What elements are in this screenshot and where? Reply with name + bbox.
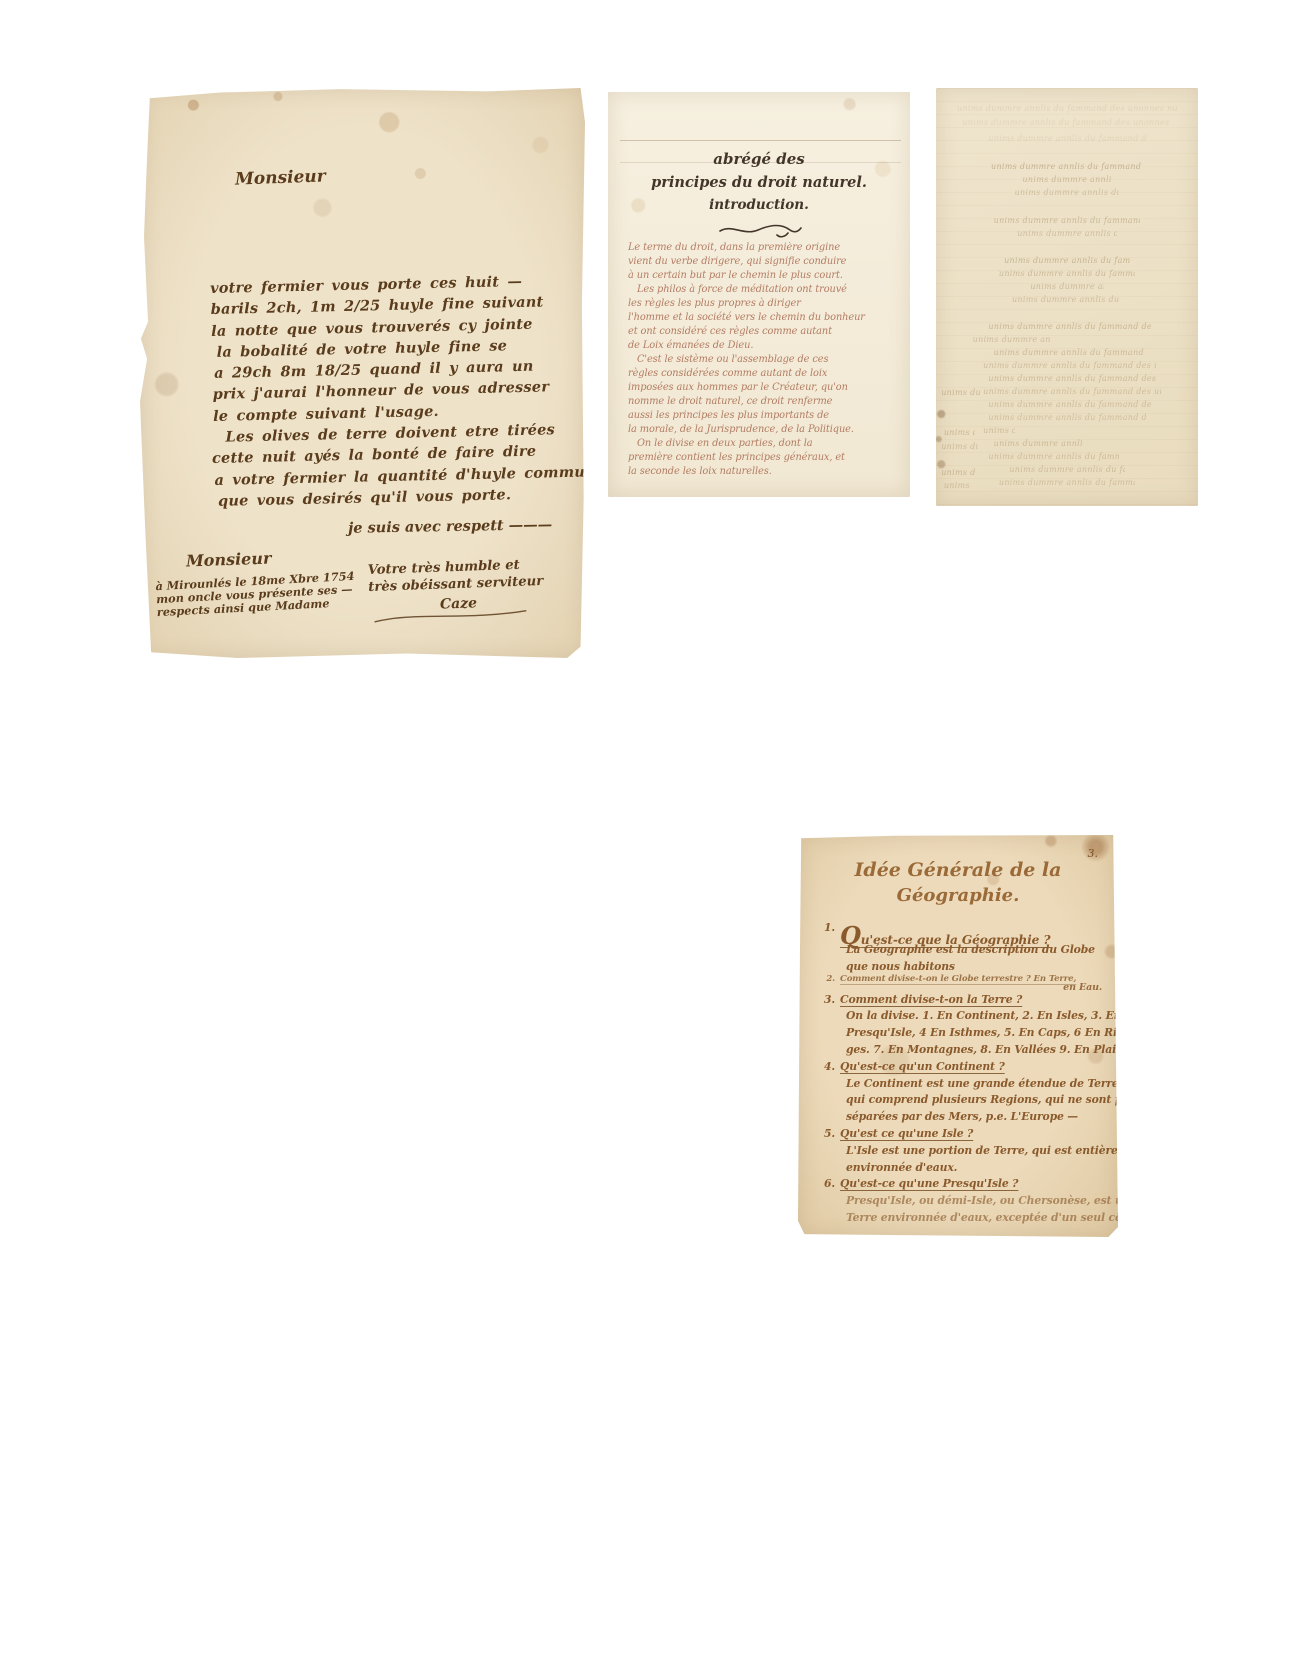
qa-text: environnée d'eaux.	[840, 1161, 957, 1174]
qa-text: Presqu'Isle, ou démi-Isle, ou Chersonèse…	[840, 1194, 1137, 1207]
qa-text: On la divise. 1. En Continent, 2. En Isl…	[840, 1009, 1121, 1022]
handwritten-line: à un certain but par le chemin le plus c…	[628, 270, 900, 284]
faded-handwritten-line: unims dummre annlis du fammand des unonn…	[983, 426, 1014, 436]
letter-salutation: Monsieur	[235, 166, 326, 189]
qa-line: ges. 7. En Montagnes, 8. En Vallées 9. E…	[840, 1043, 1106, 1060]
handwritten-line: C'est le sistème ou l'assemblage de ces	[628, 354, 900, 368]
qa-line: Presqu'Isle, 4 En Isthmes, 5. En Caps, 6…	[840, 1026, 1106, 1043]
handwritten-line: de Loix émanées de Dieu.	[628, 340, 900, 354]
handwritten-line: aussi les principes les plus importants …	[628, 410, 900, 424]
faded-handwritten-line: unims dummre annlis du fammand des unonn…	[1015, 188, 1120, 198]
faded-handwritten-line: unims dummre annlis du fammand des unonn…	[941, 442, 978, 452]
question-number: 1.	[814, 921, 835, 934]
faded-handwritten-line: unims dummre annlis du fammand des unonn…	[988, 374, 1156, 384]
faded-handwritten-line: unims dummre annlis du fammand des unonn…	[988, 322, 1150, 332]
qa-text: Presqu'Isle, 4 En Isthmes, 5. En Caps, 6…	[840, 1026, 1134, 1039]
qa-line: Terre environnée d'eaux, exceptée d'un s…	[840, 1211, 1106, 1228]
faded-handwritten-line: unims dummre annlis du fammand des unonn…	[983, 387, 1161, 397]
question-number: 4.	[814, 1060, 835, 1073]
qa-text: ges. 7. En Montagnes, 8. En Vallées 9. E…	[840, 1043, 1136, 1056]
qa-text: La Géographie est la description du Glob…	[840, 943, 1095, 956]
title-flourish	[718, 222, 804, 238]
handwritten-line: imposées aux hommes par le Créateur, qu'…	[628, 382, 900, 396]
droit-naturel-manuscript: abrégé desprincipes du droit naturel.int…	[608, 92, 910, 497]
qa-line: La Géographie est la description du Glob…	[840, 943, 1106, 960]
title-line: principes du droit naturel.	[608, 174, 910, 197]
handwritten-line: vient du verbe dirigere, qui signifie co…	[628, 256, 900, 270]
qa-text: que nous habitons	[840, 960, 955, 973]
faded-handwritten-line: unims dummre annlis du fammand des unonn…	[999, 269, 1135, 279]
faded-handwritten-line: unims dummre annlis du fammand des unonn…	[1004, 256, 1130, 266]
qa-text: Qu'est ce qu'une Isle ?	[840, 1127, 973, 1140]
faded-handwritten-line: unims dummre annlis du fammand des unonn…	[944, 428, 975, 438]
qa-line: séparées par des Mers, p.e. L'Europe —	[840, 1110, 1106, 1127]
question-number: 2.	[814, 974, 835, 984]
title-line: Géographie.	[798, 885, 1118, 909]
qa-text: en Eau.	[1063, 982, 1102, 993]
handwritten-line: la morale, de la Jurisprudence, de la Po…	[628, 424, 900, 438]
handwritten-line: la seconde les loix naturelles.	[628, 466, 900, 480]
qa-line: 1.Qu'est-ce que la Géographie ?	[840, 921, 1106, 943]
handwritten-line: première contient les principes généraux…	[628, 452, 900, 466]
faded-handwritten-line: unims dummre annlis du fammand des unonn…	[988, 400, 1150, 410]
qa-line: L'Isle est une portion de Terre, qui est…	[840, 1144, 1106, 1161]
faded-handwritten-line: unims dummre annlis du fammand des unonn…	[994, 439, 1083, 449]
faded-handwritten-line: unims dummre annlis du fammand des unonn…	[957, 104, 1177, 114]
handwritten-line: règles considérées comme autant de loix	[628, 368, 900, 382]
qa-text: Qu'est-ce qu'un Continent ?	[840, 1060, 1005, 1073]
faded-handwritten-line: unims dummre annlis du fammand des unonn…	[941, 388, 980, 398]
title-line: Idée Générale de la	[798, 859, 1118, 885]
handwritten-line: nomme le droit naturel, ce droit renferm…	[628, 396, 900, 410]
letter-footer-note: à Mirounlés le 18me Xbre 1754mon oncle v…	[155, 569, 356, 618]
faded-index-manuscript: unims dummre annlis du fammand des unonn…	[936, 88, 1198, 506]
letter-footer-salutation: Monsieur	[186, 549, 272, 571]
qa-line: 6.Qu'est-ce qu'une Presqu'Isle ?	[840, 1177, 1106, 1194]
faded-handwritten-line: unims dummre annlis du fammand des unonn…	[983, 361, 1156, 371]
handwritten-line: On le divise en deux parties, dont la	[628, 438, 900, 452]
handwritten-line: l'homme et la société vers le chemin du …	[628, 312, 900, 326]
letter-valediction: Votre très humble ettrès obéissant servi…	[367, 557, 543, 597]
geographie-title: Idée Générale de laGéographie.	[798, 859, 1118, 909]
qa-text: qui comprend plusieurs Regions, qui ne s…	[840, 1093, 1135, 1106]
letter-manuscript-1754: Monsieur votre fermier vous porte ces hu…	[140, 88, 585, 658]
qa-text: L'Isle est une portion de Terre, qui est…	[840, 1144, 1148, 1157]
faded-handwritten-line: unims dummre annlis du fammand des unonn…	[1009, 465, 1124, 475]
qa-line: On la divise. 1. En Continent, 2. En Isl…	[840, 1009, 1106, 1026]
faded-handwritten-line: unims dummre annlis du fammand des unonn…	[991, 162, 1143, 172]
qa-text: Comment divise-t-on la Terre ?	[840, 993, 1022, 1006]
letter-closing: je suis avec respett ———	[348, 516, 552, 537]
qa-line: 4.Qu'est-ce qu'un Continent ?	[840, 1060, 1106, 1077]
faded-handwritten-line: unims dummre annlis du fammand des unonn…	[994, 348, 1146, 358]
faded-handwritten-line: unims dummre annlis du fammand des unonn…	[944, 481, 970, 491]
title-line: abrégé des	[608, 150, 910, 174]
handwritten-line: Les philos à force de méditation ont tro…	[628, 284, 900, 298]
question-number: 3.	[814, 993, 835, 1006]
droit-naturel-body: Le terme du droit, dans la première orig…	[628, 242, 900, 480]
qa-text: Le Continent est une grande étendue de T…	[840, 1077, 1119, 1090]
faded-handwritten-line: unims dummre annlis du fammand des unonn…	[1022, 175, 1111, 185]
faded-handwritten-line: unims dummre annlis du fammand des unonn…	[1017, 229, 1117, 239]
question-number: 5.	[814, 1127, 835, 1140]
qa-line: 5.Qu'est ce qu'une Isle ?	[840, 1127, 1106, 1144]
geographie-questions: 1.Qu'est-ce que la Géographie ?La Géogra…	[840, 921, 1106, 1228]
faded-handwritten-line: unims dummre annlis du fammand des unonn…	[973, 335, 1052, 345]
handwritten-line: Le terme du droit, dans la première orig…	[628, 242, 900, 256]
faded-handwritten-line: unims dummre annlis du fammand des unonn…	[1012, 295, 1122, 305]
faded-handwritten-line: unims dummre annlis du fammand des unonn…	[988, 452, 1119, 462]
qa-line: en Eau.	[840, 982, 1106, 993]
qa-line: 3.Comment divise-t-on la Terre ?	[840, 993, 1106, 1010]
droit-naturel-title: abrégé desprincipes du droit naturel.int…	[608, 150, 910, 217]
qa-line: Presqu'Isle, ou démi-Isle, ou Chersonèse…	[840, 1194, 1106, 1211]
qa-text: Qu'est-ce qu'une Presqu'Isle ?	[840, 1177, 1018, 1190]
qa-line: Le Continent est une grande étendue de T…	[840, 1077, 1106, 1094]
title-line: introduction.	[608, 197, 910, 217]
letter-body: votre fermier vous porte ces huit —baril…	[210, 272, 581, 515]
signature-flourish-stroke	[370, 604, 531, 628]
qa-text: Terre environnée d'eaux, exceptée d'un s…	[840, 1211, 1137, 1224]
question-number: 6.	[814, 1177, 835, 1190]
manuscript-catalog-scan: Monsieur votre fermier vous porte ces hu…	[0, 0, 1300, 1666]
qa-line: environnée d'eaux.	[840, 1161, 1106, 1178]
faded-handwritten-line: unims dummre annlis du fammand des unonn…	[1030, 282, 1103, 292]
qa-text: séparées par des Mers, p.e. L'Europe —	[840, 1110, 1078, 1123]
letter-signature: Caze	[440, 595, 478, 612]
faded-handwritten-line: unims dummre annlis du fammand des unonn…	[999, 478, 1135, 488]
faded-handwritten-line: unims dummre annlis du fammand des unonn…	[941, 468, 975, 478]
faded-handwritten-line: unims dummre annlis du fammand des unonn…	[962, 118, 1172, 128]
handwritten-line: les règles les plus propres à diriger	[628, 298, 900, 312]
handwritten-line: et ont considéré ces règles comme autant	[628, 326, 900, 340]
faded-handwritten-line: unims dummre annlis du fammand des unonn…	[988, 134, 1145, 144]
geographie-manuscript: 3. Idée Générale de laGéographie. 1.Qu'e…	[798, 835, 1118, 1237]
faded-handwritten-line: unims dummre annlis du fammand des unonn…	[994, 216, 1141, 226]
qa-line: qui comprend plusieurs Regions, qui ne s…	[840, 1093, 1106, 1110]
faded-handwritten-line: unims dummre annlis du fammand des unonn…	[988, 413, 1145, 423]
